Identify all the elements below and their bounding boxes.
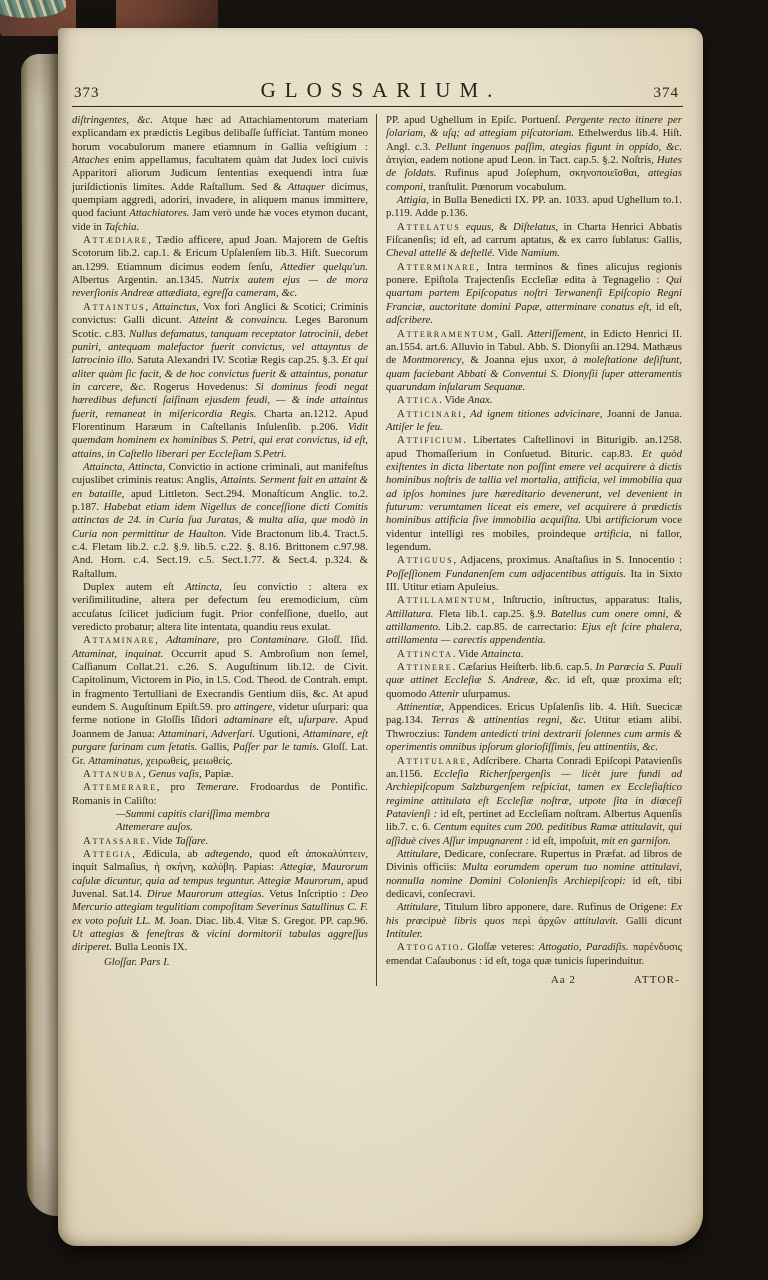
header-rule [72, 106, 683, 107]
entry-headword: Attassare [83, 835, 147, 847]
text-run: . Vide [453, 648, 482, 660]
text-run: Gloſſar. Pars I. [104, 956, 170, 968]
glossary-entry: Attificium. Libertates Caſtellinovi in B… [386, 434, 682, 554]
entry-headword: Attificium [397, 434, 463, 446]
text-run: Rogerus Hovedenus: [153, 381, 255, 393]
text-run: Attaincta. [481, 648, 523, 660]
text-run: Bulla Leonis IX. [115, 941, 187, 953]
verse-line: Attemerare auſos. [116, 821, 368, 834]
entry-headword: Attanuba [83, 768, 143, 780]
text-run: Attitulare [397, 901, 438, 913]
glossary-entry: Attassare. Vide Taſſare. [72, 835, 368, 848]
book-page: 373 GLOSSARIUM. 374 diſtringentes, &c. A… [58, 28, 703, 1246]
text-run: Attogatio, Paradiſis. [539, 941, 633, 953]
text-run: Attillatura. [386, 608, 439, 620]
glossary-entry: Attogatio. Gloſſæ veteres: Attogatio, Pa… [386, 941, 682, 968]
text-run: Contaminare. [250, 634, 317, 646]
text-run: Attincta [185, 581, 219, 593]
left-column: diſtringentes, &c. Atque hæc ad Attachia… [72, 114, 368, 986]
text-run: Duplex autem eſt [83, 581, 185, 593]
text-run: Cheval attellé & deſtellé. [386, 247, 498, 259]
glossary-entry: Atterramentum, Gall. Atteriſſement, in E… [386, 328, 682, 395]
glossary-entry: Attaminare, Adtaminare, pro Contaminare.… [72, 634, 368, 767]
text-run: Taſſare. [175, 835, 208, 847]
text-run: mit en garniſon. [601, 835, 670, 847]
text-run: Intituler. [386, 928, 423, 940]
right-column: PP. apud Ughellum in Epiſc. Portuenſ. Pe… [376, 114, 682, 986]
text-run: Genus vaſis [148, 768, 199, 780]
entry-headword: Attemerare [83, 781, 157, 793]
glossary-entry: Attanuba, Genus vaſis, Papiæ. [72, 768, 368, 781]
text-run: , Inſtructio, inſtructus, apparatus: Ita… [492, 594, 682, 606]
text-run: artificiorum [606, 514, 662, 526]
text-run: Gloſſ. Iſid. [317, 634, 368, 646]
text-run: Joan. Diac. lib.4. Vitæ S. Gregor. PP. c… [169, 915, 368, 927]
glossary-entry: Attædiare, Tædio afficere, apud Joan. Ma… [72, 234, 368, 301]
entry-headword: Attica [397, 394, 439, 406]
entry-headword: Atticinari [397, 408, 463, 420]
text-run: Paſſer par le tamis. [233, 741, 323, 753]
text-run: , tranſtulit. Pœnorum vocabulum. [423, 181, 566, 193]
text-run: Ubi [585, 514, 605, 526]
text-run: , & [491, 221, 513, 233]
text-run: , Papiæ. [199, 768, 234, 780]
glossary-entry: Attemerare, pro Temerare. Frodoardus de … [72, 781, 368, 808]
glossary-entry: Attaincta, Attincta, Convictio in action… [72, 461, 368, 581]
text-run: Attitulare [397, 848, 438, 860]
text-run: Atteint & convaincu. [189, 314, 295, 326]
text-run: Vide [498, 247, 521, 259]
text-run: Attinentiæ [397, 701, 441, 713]
text-run: uſurpare. [298, 714, 344, 726]
entry-headword: Attogatio [397, 941, 460, 953]
text-run: Attaincta, Attincta [83, 461, 162, 473]
text-run: , χειρωθείς, μειωθείς. [140, 755, 232, 767]
text-run: ἀτιγίαι, eadem notione apud Leon. in Tac… [386, 154, 657, 166]
text-run: , Ædicula, ab [132, 848, 204, 860]
entry-headword: Atterramentum [397, 328, 495, 340]
page-number-right: 374 [654, 85, 680, 102]
text-run: Poſſeſſionem Fundanenſem cum adjacentibu… [386, 568, 631, 580]
text-run: περὶ ἀρχῶν [512, 915, 573, 927]
entry-headword: Attegia [83, 848, 132, 860]
text-run: Adtaminare [166, 634, 216, 646]
glossary-entry: Attinere. Cæſarius Heiſterb. lib.6. cap.… [386, 661, 682, 701]
glossary-entry: Attitulare, Adſcribere. Charta Conradi E… [386, 755, 682, 848]
glossary-entry: Attillamentum, Inſtructio, inſtructus, a… [386, 594, 682, 647]
text-run: attitulavit. [574, 915, 626, 927]
text-run: , [155, 634, 166, 646]
text-run: Attedier quelqu'un. [280, 261, 368, 273]
text-run: , & Joanna ejus uxor, [462, 354, 573, 366]
text-run: adtaminare [224, 714, 279, 726]
entry-headword: Attitulare [397, 755, 467, 767]
text-run: Attemerare auſos. [116, 821, 193, 833]
entry-headword: Attincta [397, 648, 453, 660]
text-run: Temerare. [196, 781, 250, 793]
text-run: Anax. [468, 394, 493, 406]
glossary-entry: Attincta. Vide Attaincta. [386, 648, 682, 661]
text-run: Lib.2. cap.85. de carrectario: [446, 621, 582, 633]
page-header: 373 GLOSSARIUM. 374 [74, 78, 679, 103]
text-run: artificia [594, 528, 629, 540]
catchword: ATTOR- [634, 974, 680, 986]
text-run: , id eſt, [649, 301, 682, 313]
text-run: diſtringentes, &c. [72, 114, 161, 126]
text-run: . Cæſarius Heiſterb. lib.6. cap.5. [453, 661, 596, 673]
text-run: , pro [157, 781, 196, 793]
text-run: Atteriſſement [527, 328, 583, 340]
signature-line: Gloſſar. Pars I. [104, 956, 368, 969]
glossary-entry: Attitulare, Titulum libro apponere, dare… [386, 901, 682, 941]
direction-line: Aa 2 ATTOR- [386, 974, 682, 986]
text-run: adtegendo [205, 848, 250, 860]
entry-headword: Attinere [397, 661, 453, 673]
text-run: attingere [234, 701, 272, 713]
text-run: Attainctus [153, 301, 197, 313]
entry-headword: Attillamentum [397, 594, 492, 606]
text-run: Attigia [397, 194, 426, 206]
text-run: Galli dicunt [626, 915, 682, 927]
entry-headword: Attaminare [83, 634, 155, 646]
text-run: Montmorency [402, 354, 461, 366]
text-run: Dirue Maurorum attegias. [147, 888, 269, 900]
text-run: , Adjacens, proximus. Anaſtaſius in S. I… [453, 554, 682, 566]
text-run: Attachiatores. [129, 207, 192, 219]
text-run: Attenir [430, 688, 463, 700]
text-run: uſurpamus. [462, 688, 510, 700]
glossary-entry: Attigia, in Bulla Benedicti IX. PP. an. … [386, 194, 682, 221]
glossary-entry: Attinentiæ, Appendices. Ericus Upſalenſi… [386, 701, 682, 754]
entry-headword: Attelatus [397, 221, 461, 233]
text-run: Taſchia. [105, 221, 140, 233]
entry-headword: Attædiare [83, 234, 148, 246]
text-run: Attaminat, inquinat. [72, 648, 171, 660]
verse-line: —Summi capitis clariſſima membra [116, 808, 368, 821]
running-title: GLOSSARIUM. [252, 78, 502, 103]
text-run: , pro [217, 634, 251, 646]
text-run: equus [461, 221, 492, 233]
glossary-entry: Attelatus equus, & Diſtelatus, in Charta… [386, 221, 682, 261]
text-run: , Titulum libro apponere, dare. Rufinus … [438, 901, 671, 913]
photographed-book-page: 373 GLOSSARIUM. 374 diſtringentes, &c. A… [0, 0, 768, 1280]
glossary-entry: Atterminare, Intra terminos & fines alic… [386, 261, 682, 328]
text-run: Attaminatus [88, 755, 140, 767]
glossary-entry: Attitulare, Dedicare, conſecrare. Rupert… [386, 848, 682, 901]
text-run: Satuta Alexandri IV. Scotiæ Regis cap.25… [137, 354, 341, 366]
text-run: , in Bulla Benedicti IX. PP. an. 1033. a… [386, 194, 682, 219]
glossary-entry: Duplex autem eſt Attincta, ſeu convictio… [72, 581, 368, 634]
text-run: Pellunt ingenuos paſſim, ategias figunt … [435, 141, 682, 153]
continuation-paragraph: PP. apud Ughellum in Epiſc. Portuenſ. Pe… [386, 114, 682, 194]
glossary-entry: Attaintus, Attainctus, Vox fori Anglici … [72, 301, 368, 461]
entry-headword: Attiguus [397, 554, 453, 566]
text-run: . Vide [439, 394, 468, 406]
text-run: Vetus Inſcriptio : [269, 888, 350, 900]
text-run: Terras & attinentias regni, &c. [431, 714, 594, 726]
text-run: Attaches [72, 154, 114, 166]
text-run: . Vide [147, 835, 176, 847]
page-number-left: 373 [74, 85, 100, 102]
entry-headword: Atterminare [397, 261, 476, 273]
text-run: Rufinus apud Joſephum, σκηνοποιεῖσθαι, [445, 167, 648, 179]
text-run: , Joanni de Janua. [600, 408, 682, 420]
text-run: , [145, 301, 152, 313]
text-run: id eſt, impoſuit, [532, 835, 602, 847]
text-run: , Gall. [495, 328, 528, 340]
text-run: Gallis, [201, 741, 233, 753]
glossary-entry: Attegia, Ædicula, ab adtegendo, quod eſt… [72, 848, 368, 955]
gathering-mark: Aa 2 [551, 974, 576, 986]
glossary-entry: Attiguus, Adjacens, proximus. Anaſtaſius… [386, 554, 682, 594]
text-run: Albertus Argentin. an.1345. [72, 274, 212, 286]
text-run: Fleta lib.1. cap.25. §.9. [439, 608, 551, 620]
text-run: PP. apud Ughellum in Epiſc. Portuenſ. [386, 114, 565, 126]
continuation-paragraph: diſtringentes, &c. Atque hæc ad Attachia… [72, 114, 368, 234]
text-run: Attaquer [288, 181, 332, 193]
text-run: Diſtelatus [513, 221, 555, 233]
text-run: Namium. [521, 247, 560, 259]
text-run: Attaminari, Adverſari. [158, 728, 258, 740]
glossary-entry: Atticinari, Ad ignem titiones advicinare… [386, 408, 682, 435]
text-run: Attiſer le feu. [386, 421, 443, 433]
entry-headword: Attaintus [83, 301, 145, 313]
text-run: eſt, [279, 714, 298, 726]
text-columns: diſtringentes, &c. Atque hæc ad Attachia… [72, 114, 703, 986]
glossary-entry: Attica. Vide Anax. [386, 394, 682, 407]
text-run: Ugutioni, [259, 728, 303, 740]
text-run: adſcribere. [386, 314, 433, 326]
text-run: Ad ignem titiones advicinare [470, 408, 600, 420]
text-run: —Summi capitis clariſſima membra [116, 808, 270, 820]
text-run: . Gloſſæ veteres: [460, 941, 538, 953]
